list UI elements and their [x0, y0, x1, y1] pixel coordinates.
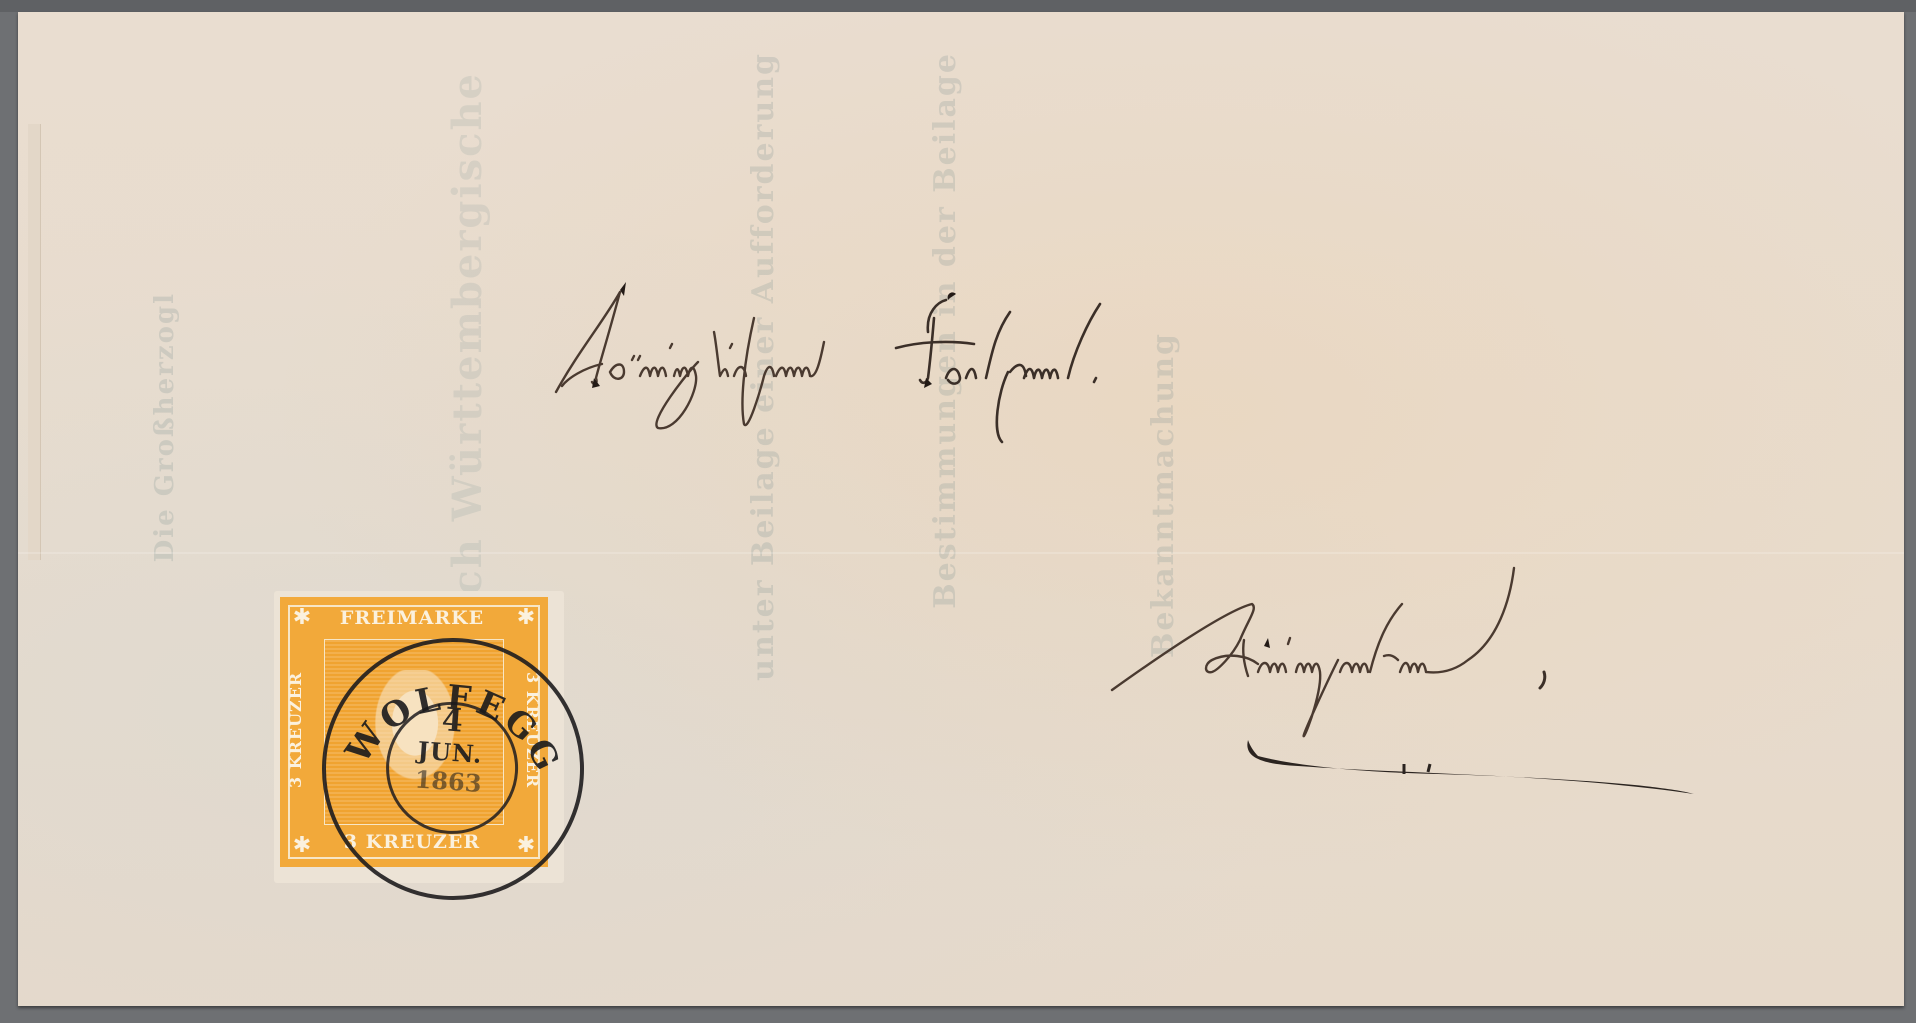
postmark-date: 4 JUN. 1863 [384, 701, 516, 800]
star-ornament-icon: ✱ [512, 607, 540, 629]
address-line-2: Weingarten, [1108, 560, 1808, 804]
stamp-left-label: 3 KREUZER [286, 637, 314, 823]
address-line-1: Königlichem Forstamt [548, 282, 1388, 436]
stamp-top-label: FREIMARKE [322, 607, 502, 633]
handwriting-script [1108, 560, 1808, 800]
handwriting-script [548, 282, 1388, 432]
showthrough-text: Die Großherzogl [150, 292, 180, 562]
paper-fold [18, 552, 1904, 554]
scan-backdrop [0, 0, 1916, 12]
cover-flap-edge [28, 124, 41, 560]
postmark-cancel: WOLFEGG 4 JUN. 1863 [313, 629, 593, 909]
star-ornament-icon: ✱ [288, 607, 316, 629]
star-ornament-icon: ✱ [288, 835, 316, 857]
